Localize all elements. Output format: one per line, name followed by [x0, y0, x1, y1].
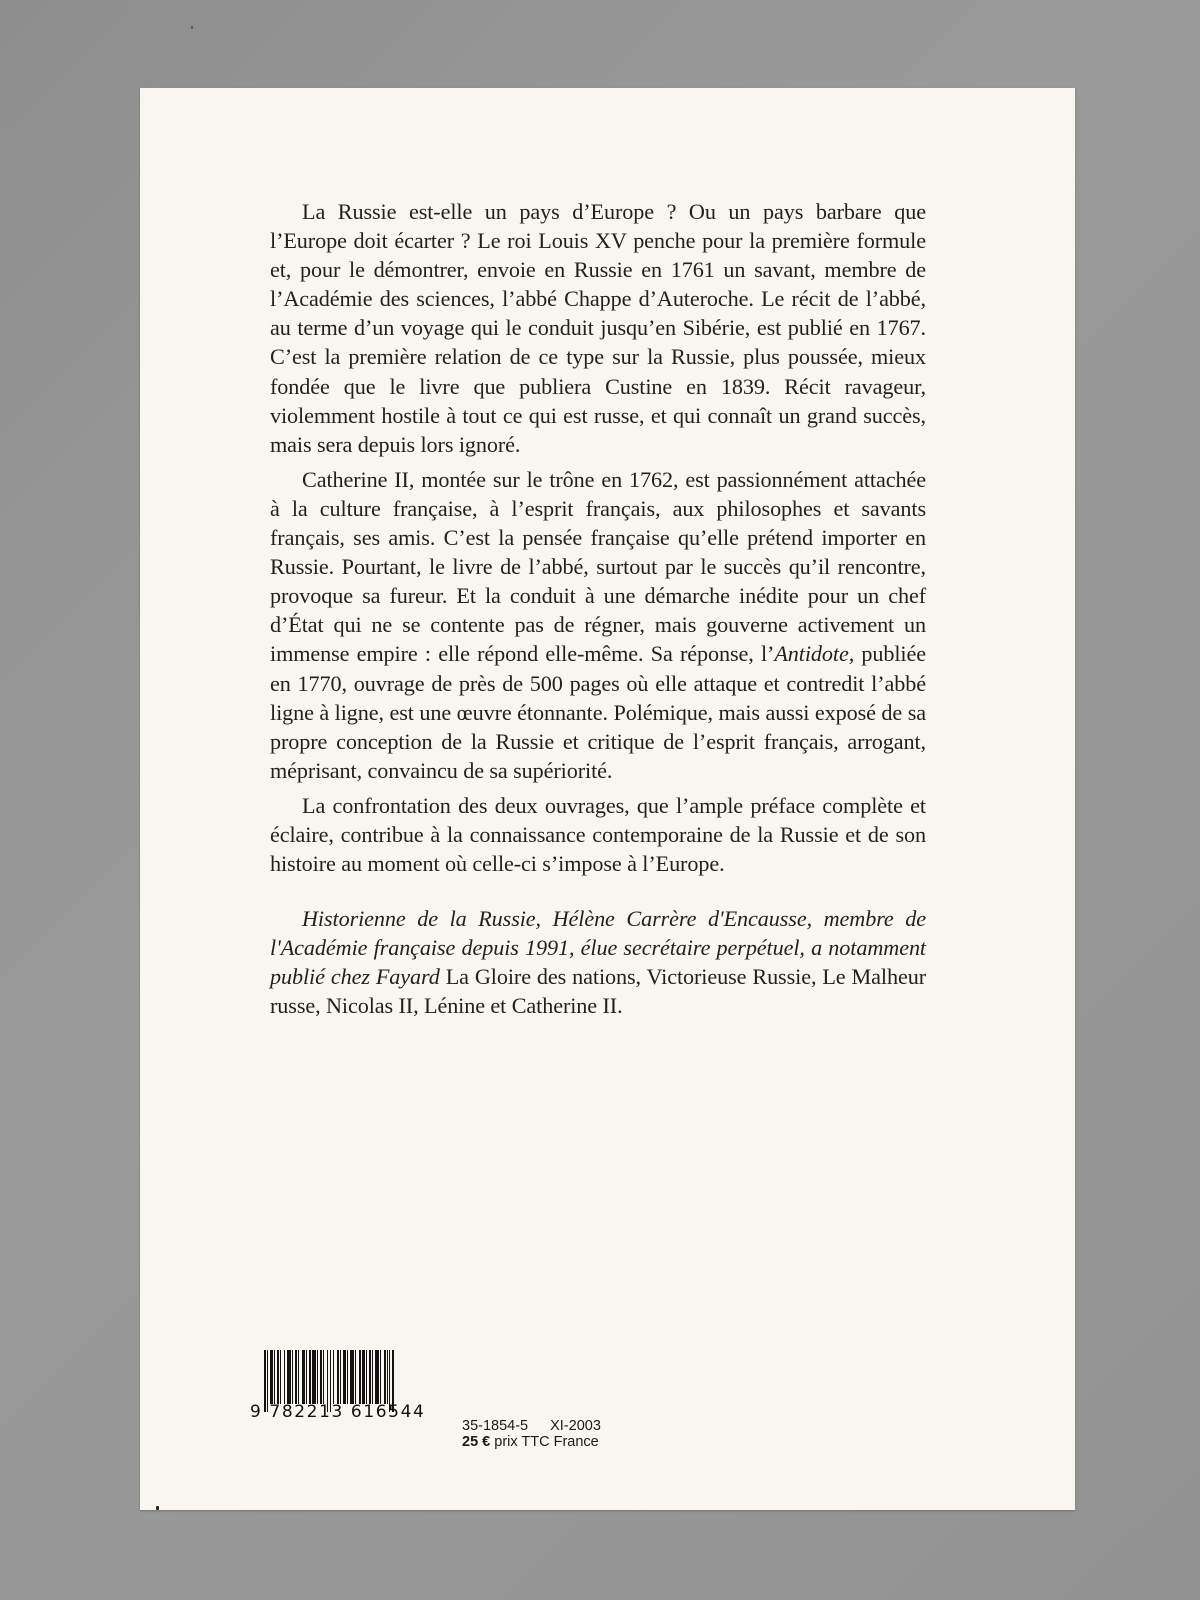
meta-row-1: 35-1854-5XI-2003 [462, 1418, 601, 1434]
paragraph-3: La confrontation des deux ouvrages, que … [270, 791, 926, 878]
dust-speck [156, 1506, 159, 1510]
isbn-digits: 9 782213 616544 [250, 1402, 425, 1422]
price: 25 € [462, 1434, 490, 1450]
price-note: prix TTC France [494, 1434, 598, 1450]
meta-row-2: 25 € prix TTC France [462, 1434, 601, 1450]
dust-speck [191, 26, 193, 29]
paragraph-2-part-1: Catherine II, montée sur le trône en 176… [270, 467, 926, 667]
author-bio: Historienne de la Russie, Hélène Carrère… [270, 904, 926, 1020]
blurb-text: La Russie est-elle un pays d’Europe ? Ou… [270, 197, 926, 1027]
publication-date: XI-2003 [550, 1418, 601, 1434]
paragraph-1: La Russie est-elle un pays d’Europe ? Ou… [270, 197, 926, 459]
book-back-cover: La Russie est-elle un pays d’Europe ? Ou… [140, 88, 1075, 1510]
paragraph-2: Catherine II, montée sur le trône en 176… [270, 465, 926, 785]
barcode: 9 782213 616544 [250, 1350, 450, 1422]
antidote-title: Antidote, [774, 641, 854, 666]
publication-meta: 35-1854-5XI-2003 25 € prix TTC France [462, 1418, 601, 1450]
catalog-code: 35-1854-5 [462, 1418, 528, 1434]
